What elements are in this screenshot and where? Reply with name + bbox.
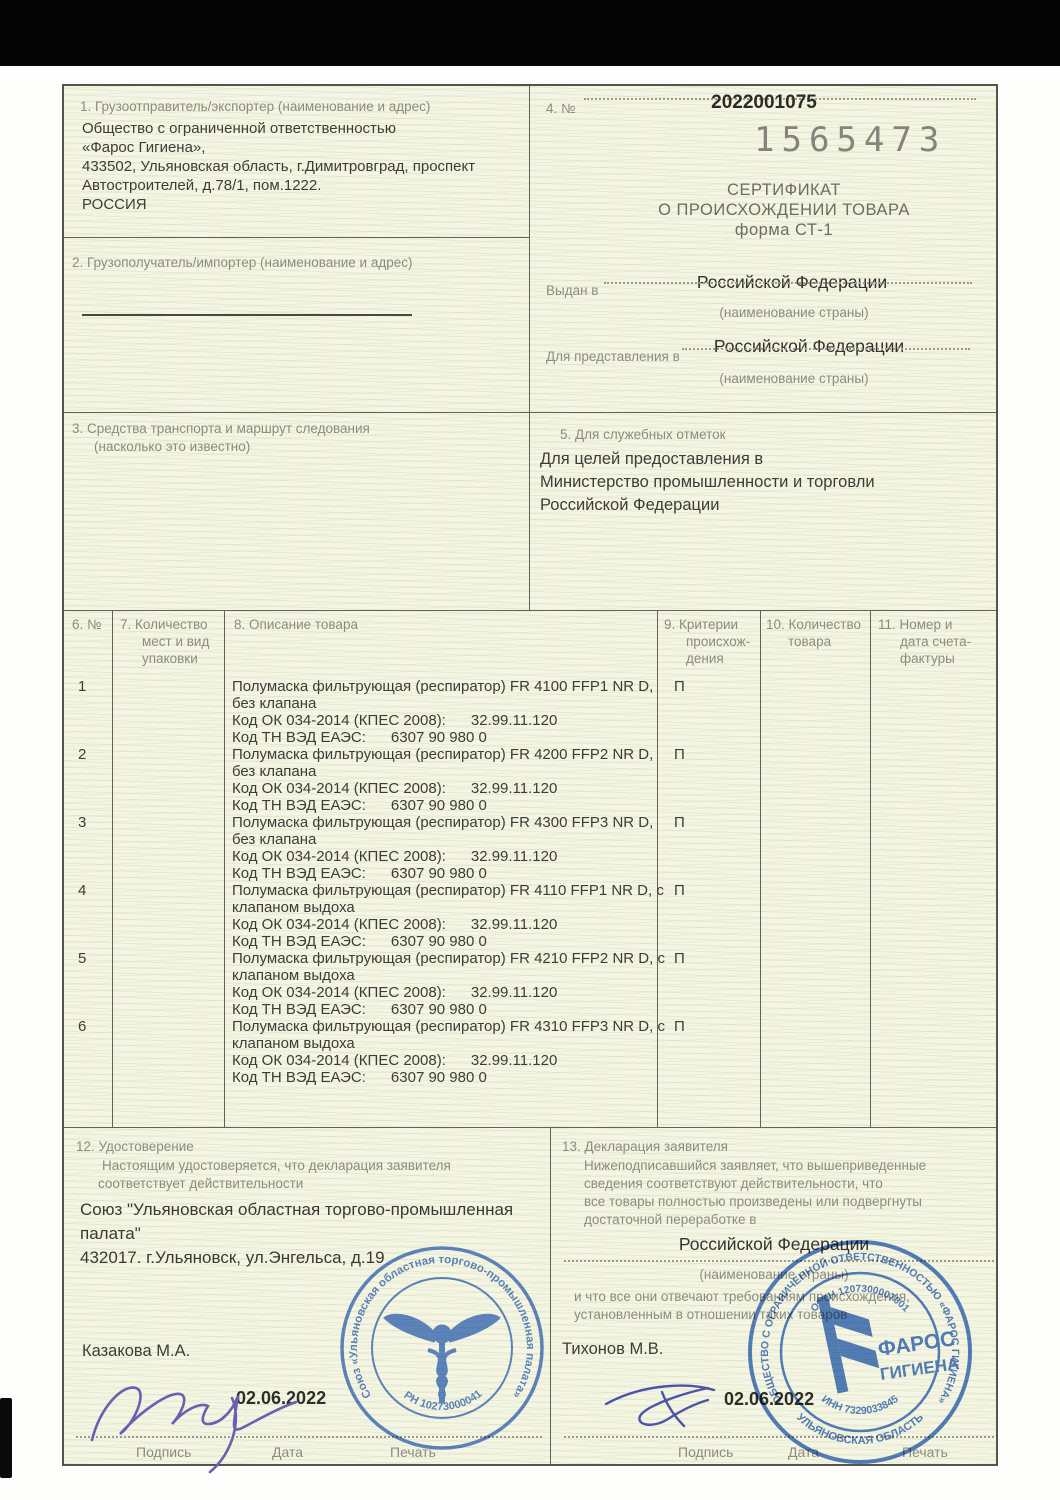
- goods-description: клапаном выдоха: [232, 967, 355, 984]
- goods-description: Полумаска фильтрующая (респиратор) FR 41…: [232, 882, 664, 899]
- goods-code: Код ТН ВЭД ЕАЭС: 6307 90 980 0: [232, 729, 487, 746]
- box3-label-line2: (насколько это известно): [94, 438, 250, 455]
- goods-code: Код ОК 034-2014 (КПЕС 2008): 32.99.11.12…: [232, 1052, 557, 1069]
- row-number: 2: [78, 746, 86, 763]
- origin-criteria: П: [674, 950, 685, 967]
- declarant-signature: [592, 1374, 742, 1444]
- table-col-line-1: [112, 610, 113, 1127]
- chamber-name-line2: палата": [80, 1222, 141, 1246]
- goods-description: без клапана: [232, 695, 316, 712]
- declarant-name: Тихонов М.В.: [562, 1340, 663, 1359]
- scanned-page: 1. Грузоотправитель/экспортер (наименова…: [0, 0, 1060, 1500]
- box1-exporter-line: РОССИЯ: [82, 195, 147, 215]
- row-number: 1: [78, 678, 86, 695]
- goods-code: Код ОК 034-2014 (КПЕС 2008): 32.99.11.12…: [232, 780, 557, 797]
- goods-code: Код ОК 034-2014 (КПЕС 2008): 32.99.11.12…: [232, 712, 557, 729]
- box12-statement-line1: Настоящим удостоверяется, что декларация…: [102, 1157, 451, 1174]
- col-header-9: 9. Критерии происхож- дения: [664, 616, 778, 667]
- table-col-line-3: [657, 610, 658, 1127]
- table-bottom-border: [64, 1127, 996, 1128]
- box1-exporter-line: 433502, Ульяновская область, г.Димитровг…: [82, 157, 475, 177]
- blank-serial-number: 1565473: [754, 120, 939, 160]
- table-col-line-4: [760, 610, 761, 1127]
- goods-code: Код ОК 034-2014 (КПЕС 2008): 32.99.11.12…: [232, 984, 557, 1001]
- issued-hint: (наименование страны): [624, 304, 964, 321]
- col-header-8: 8. Описание товара: [234, 616, 358, 633]
- box5-label: 5. Для служебных отметок: [560, 426, 726, 443]
- chamber-stamp: Союз «Ульяновская областная торгово-пром…: [332, 1238, 552, 1458]
- certificate-number: 2022001075: [664, 92, 864, 114]
- row-number: 3: [78, 814, 86, 831]
- row-number: 6: [78, 1018, 86, 1035]
- origin-criteria: П: [674, 746, 685, 763]
- goods-code: Код ТН ВЭД ЕАЭС: 6307 90 980 0: [232, 933, 487, 950]
- box13-declaration-line: достаточной переработке в: [584, 1211, 756, 1228]
- presented-leader-line: [682, 348, 970, 350]
- company-stamp-inn-text: ИНН 7329033845: [819, 1393, 901, 1417]
- box5-remark-line: Министерство промышленности и торговли: [540, 471, 875, 494]
- col-header-10: 10. Количество товара: [766, 616, 888, 650]
- caduceus-icon: [384, 1314, 500, 1403]
- box2-empty-strike: [82, 314, 412, 316]
- pharos-logo-icon: [817, 1288, 882, 1393]
- col-header-7: 7. Количество мест и вид упаковки: [120, 616, 242, 667]
- origin-criteria: П: [674, 1018, 685, 1035]
- issued-label: Выдан в: [546, 282, 598, 299]
- divider-row2: [64, 412, 996, 413]
- col-header-6: 6. №: [72, 616, 102, 633]
- origin-criteria: П: [674, 882, 685, 899]
- box1-label: 1. Грузоотправитель/экспортер (наименова…: [80, 98, 430, 115]
- box1-exporter-line: Автостроителей, д.78/1, пом.1222.: [82, 176, 321, 196]
- certificate-form: 1. Грузоотправитель/экспортер (наименова…: [62, 84, 998, 1466]
- box13-label: 13. Декларация заявителя: [562, 1138, 728, 1155]
- goods-code: Код ОК 034-2014 (КПЕС 2008): 32.99.11.12…: [232, 916, 557, 933]
- certificate-title-line2: О ПРОИСХОЖДЕНИИ ТОВАРА: [564, 200, 1004, 220]
- certifier-signature: [82, 1368, 312, 1478]
- box1-exporter-line: «Фарос Гигиена»,: [82, 138, 205, 158]
- goods-description: клапаном выдоха: [232, 1035, 355, 1052]
- presented-hint: (наименование страны): [624, 370, 964, 387]
- box13-declaration-line: все товары полностью произведены или под…: [584, 1193, 922, 1210]
- box1-exporter-line: Общество с ограниченной ответственностью: [82, 119, 396, 139]
- certificate-title-line3: форма СТ-1: [564, 220, 1004, 240]
- presented-label: Для представления в: [546, 348, 680, 365]
- box12-statement-line2: соответствует действительности: [98, 1175, 303, 1192]
- divider-top-columns: [529, 86, 530, 610]
- box12-label: 12. Удостоверение: [76, 1138, 194, 1155]
- box5-remark-line: Российской Федерации: [540, 494, 719, 517]
- box4-label: 4. №: [546, 100, 576, 117]
- chamber-name-line1: Союз "Ульяновская областная торгово-пром…: [80, 1198, 513, 1222]
- goods-description: Полумаска фильтрующая (респиратор) FR 41…: [232, 678, 653, 695]
- certifier-name: Казакова М.А.: [82, 1342, 190, 1361]
- scan-artifact-top: [0, 0, 1060, 66]
- goods-description: Полумаска фильтрующая (респиратор) FR 42…: [232, 950, 665, 967]
- company-stamp: ОБЩЕСТВО С ОГРАНИЧЕННОЙ ОТВЕТСТВЕННОСТЬЮ…: [740, 1232, 980, 1472]
- goods-code: Код ТН ВЭД ЕАЭС: 6307 90 980 0: [232, 1001, 487, 1018]
- box13-declaration-line: Нижеподписавшийся заявляет, что вышеприв…: [584, 1157, 926, 1174]
- goods-code: Код ТН ВЭД ЕАЭС: 6307 90 980 0: [232, 1069, 487, 1086]
- row-number: 5: [78, 950, 86, 967]
- goods-description: без клапана: [232, 763, 316, 780]
- col-header-11: 11. Номер и дата счета- фактуры: [878, 616, 1012, 667]
- svg-text:ИНН 7329033845: ИНН 7329033845: [819, 1393, 901, 1417]
- goods-description: клапаном выдоха: [232, 899, 355, 916]
- box13-declaration-line: сведения соответствуют действительности,…: [584, 1175, 883, 1192]
- table-col-line-5: [870, 610, 871, 1127]
- goods-code: Код ОК 034-2014 (КПЕС 2008): 32.99.11.12…: [232, 848, 557, 865]
- origin-criteria: П: [674, 678, 685, 695]
- scan-artifact-left: [0, 1398, 12, 1478]
- row-number: 4: [78, 882, 86, 899]
- origin-criteria: П: [674, 814, 685, 831]
- certificate-title-line1: СЕРТИФИКАТ: [564, 180, 1004, 200]
- box13-signature-caption: Подпись: [678, 1444, 733, 1460]
- goods-description: без клапана: [232, 831, 316, 848]
- goods-description: Полумаска фильтрующая (респиратор) FR 43…: [232, 1018, 665, 1035]
- goods-description: Полумаска фильтрующая (респиратор) FR 42…: [232, 746, 653, 763]
- issued-leader-line: [604, 282, 972, 284]
- box5-remark-line: Для целей предоставления в: [540, 448, 763, 471]
- table-top-border: [64, 610, 996, 611]
- divider-box1-box2: [64, 237, 529, 238]
- goods-description: Полумаска фильтрующая (респиратор) FR 43…: [232, 814, 653, 831]
- goods-code: Код ТН ВЭД ЕАЭС: 6307 90 980 0: [232, 865, 487, 882]
- box2-label: 2. Грузополучатель/импортер (наименовани…: [72, 254, 413, 271]
- box3-label-line1: 3. Средства транспорта и маршрут следова…: [72, 420, 370, 437]
- table-col-line-2: [224, 610, 225, 1127]
- goods-code: Код ТН ВЭД ЕАЭС: 6307 90 980 0: [232, 797, 487, 814]
